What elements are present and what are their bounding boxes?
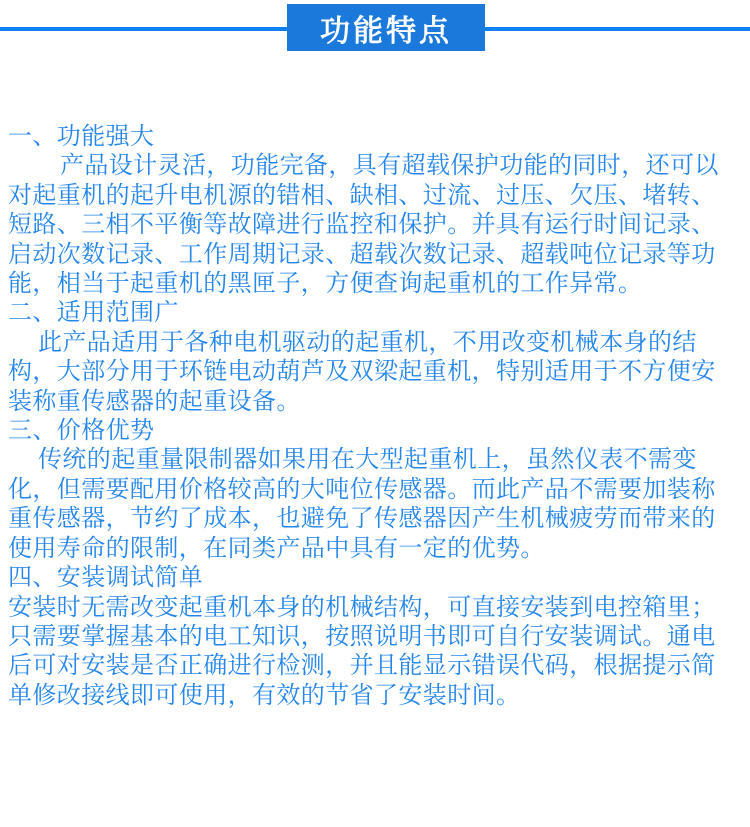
- section-3-line-4: 使用寿命的限制，在同类产品中具有一定的优势。: [8, 534, 746, 563]
- header-title-badge: 功能特点: [287, 4, 485, 51]
- section-2-line-3: 装称重传感器的起重设备。: [8, 387, 746, 416]
- section-1-line-3: 短路、三相不平衡等故障进行监控和保护。并具有运行时间记录、: [8, 210, 746, 239]
- section-3-line-2: 化，但需要配用价格较高的大吨位传感器。而此产品不需要加装称: [8, 475, 746, 504]
- section-3-heading: 三、价格优势: [8, 416, 746, 445]
- section-1-line-4: 启动次数记录、工作周期记录、超载次数记录、超载吨位记录等功: [8, 240, 746, 269]
- section-2-heading: 二、适用范围广: [8, 298, 746, 327]
- section-3-line-1: 传统的起重量限制器如果用在大型起重机上，虽然仪表不需变: [8, 445, 746, 474]
- page-title: 功能特点: [320, 6, 452, 50]
- section-1-line-5: 能，相当于起重机的黑匣子，方便查询起重机的工作异常。: [8, 269, 746, 298]
- section-4-line-3: 后可对安装是否正确进行检测，并且能显示错误代码，根据提示简: [8, 651, 746, 680]
- product-feature-page: 功能特点 一、功能强大 产品设计灵活，功能完备，具有超载保护功能的同时，还可以 …: [0, 0, 750, 827]
- section-4-line-2: 只需要掌握基本的电工知识，按照说明书即可自行安装调试。通电: [8, 622, 746, 651]
- section-4-line-4: 单修改接线即可使用，有效的节省了安装时间。: [8, 681, 746, 710]
- section-2-line-1: 此产品适用于各种电机驱动的起重机，不用改变机械本身的结: [8, 328, 746, 357]
- section-4-heading: 四、安装调试简单: [8, 563, 746, 592]
- section-1-line-1: 产品设计灵活，功能完备，具有超载保护功能的同时，还可以: [8, 151, 746, 180]
- section-4-line-1: 安装时无需改变起重机本身的机械结构，可直接安装到电控箱里；: [8, 593, 746, 622]
- section-header: 功能特点: [0, 0, 750, 56]
- feature-text-block: 一、功能强大 产品设计灵活，功能完备，具有超载保护功能的同时，还可以 对起重机的…: [8, 122, 746, 710]
- section-1-line-2: 对起重机的起升电机源的错相、缺相、过流、过压、欠压、堵转、: [8, 181, 746, 210]
- section-3-line-3: 重传感器，节约了成本，也避免了传感器因产生机械疲劳而带来的: [8, 504, 746, 533]
- section-2-line-2: 构，大部分用于环链电动葫芦及双梁起重机，特别适用于不方便安: [8, 357, 746, 386]
- section-1-heading: 一、功能强大: [8, 122, 746, 151]
